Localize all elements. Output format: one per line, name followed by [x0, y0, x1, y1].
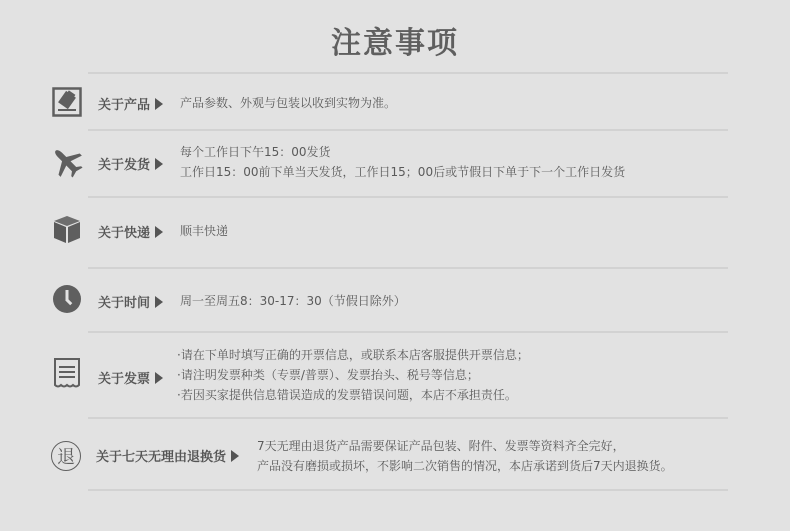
- return-badge-text: 退: [51, 441, 81, 471]
- triangle-right-icon: [155, 226, 163, 238]
- triangle-right-icon: [231, 450, 239, 462]
- label-text: 关于七天无理由退换货: [96, 446, 226, 465]
- triangle-right-icon: [155, 372, 163, 384]
- content-line: ·请在下单时填写正确的开票信息，或联系本店客服提供开票信息；: [177, 345, 529, 365]
- section-content: 产品参数、外观与包装以收到实物为准。: [180, 93, 396, 113]
- content-line: 每个工作日下午15：00发货: [180, 142, 625, 162]
- divider: [88, 417, 728, 419]
- content-line: 周一至周五8：30-17：30（节假日除外）: [180, 291, 406, 311]
- section-label: 关于快递: [98, 222, 163, 241]
- section-content: 周一至周五8：30-17：30（节假日除外）: [180, 291, 406, 311]
- divider: [88, 72, 728, 74]
- package-box-icon: [50, 212, 84, 246]
- triangle-right-icon: [155, 158, 163, 170]
- section-label: 关于时间: [98, 292, 163, 311]
- content-line: 顺丰快递: [180, 221, 228, 241]
- airplane-icon: [50, 145, 84, 179]
- section-content: ·请在下单时填写正确的开票信息，或联系本店客服提供开票信息； ·请注明发票种类（…: [177, 345, 529, 405]
- triangle-right-icon: [155, 296, 163, 308]
- section-label: 关于产品: [98, 94, 163, 113]
- product-tag-icon: [50, 85, 84, 119]
- label-text: 关于时间: [98, 292, 150, 311]
- section-content: 每个工作日下午15：00发货 工作日15：00前下单当天发货，工作日15；00后…: [180, 142, 625, 182]
- content-line: 工作日15：00前下单当天发货，工作日15；00后或节假日下单于下一个工作日发货: [180, 162, 625, 182]
- triangle-right-icon: [155, 98, 163, 110]
- section-label: 关于发货: [98, 154, 163, 173]
- label-text: 关于快递: [98, 222, 150, 241]
- receipt-icon: [50, 357, 84, 391]
- content-line: 7天无理由退货产品需要保证产品包装、附件、发票等资料齐全完好，: [257, 436, 673, 456]
- return-badge-icon: 退: [49, 439, 83, 473]
- divider: [88, 331, 728, 333]
- label-text: 关于发票: [98, 368, 150, 387]
- content-line: ·若因买家提供信息错误造成的发票错误问题，本店不承担责任。: [177, 385, 529, 405]
- divider: [88, 129, 728, 131]
- section-content: 顺丰快递: [180, 221, 228, 241]
- content-line: 产品参数、外观与包装以收到实物为准。: [180, 93, 396, 113]
- page-title: 注意事项: [0, 18, 790, 62]
- label-text: 关于发货: [98, 154, 150, 173]
- section-content: 7天无理由退货产品需要保证产品包装、附件、发票等资料齐全完好， 产品没有磨损或损…: [257, 436, 673, 476]
- divider: [88, 489, 728, 491]
- clock-icon: [50, 282, 84, 316]
- divider: [88, 196, 728, 198]
- content-line: ·请注明发票种类（专票/普票）、发票抬头、税号等信息；: [177, 365, 529, 385]
- label-text: 关于产品: [98, 94, 150, 113]
- section-label: 关于七天无理由退换货: [96, 446, 239, 465]
- content-line: 产品没有磨损或损坏，不影响二次销售的情况，本店承诺到货后7天内退换货。: [257, 456, 673, 476]
- section-label: 关于发票: [98, 368, 163, 387]
- divider: [88, 267, 728, 269]
